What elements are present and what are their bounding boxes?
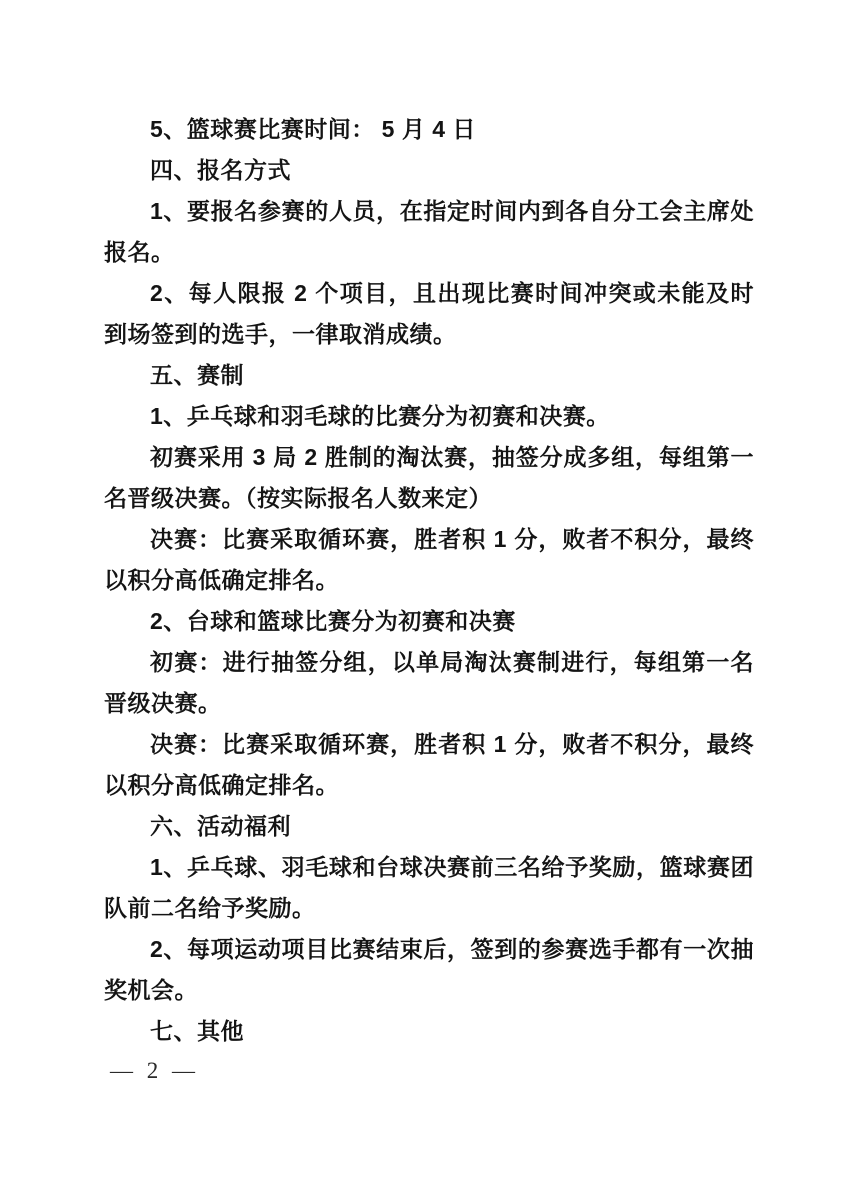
document-body: 5、篮球赛比赛时间： 5 月 4 日 四、报名方式 1、要报名参赛的人员，在指定… <box>104 109 754 1052</box>
heading-section-6-benefits: 六、活动福利 <box>104 806 754 847</box>
heading-section-4-registration: 四、报名方式 <box>104 150 754 191</box>
paragraph-format-2: 2、台球和篮球比赛分为初赛和决赛 <box>104 601 754 642</box>
paragraph-basketball-time: 5、篮球赛比赛时间： 5 月 4 日 <box>104 109 754 150</box>
paragraph-format-1: 1、乒乓球和羽毛球的比赛分为初赛和决赛。 <box>104 396 754 437</box>
paragraph-format-2-final: 决赛：比赛采取循环赛，胜者积 1 分，败者不积分，最终以积分高低确定排名。 <box>104 724 754 806</box>
page-number: — 2 — <box>110 1058 199 1084</box>
paragraph-registration-2: 2、每人限报 2 个项目，且出现比赛时间冲突或未能及时到场签到的选手，一律取消成… <box>104 273 754 355</box>
paragraph-format-2-preliminary: 初赛：进行抽签分组，以单局淘汰赛制进行，每组第一名晋级决赛。 <box>104 642 754 724</box>
heading-section-7-others: 七、其他 <box>104 1011 754 1052</box>
paragraph-benefits-1: 1、乒乓球、羽毛球和台球决赛前三名给予奖励，篮球赛团队前二名给予奖励。 <box>104 847 754 929</box>
paragraph-benefits-2: 2、每项运动项目比赛结束后，签到的参赛选手都有一次抽奖机会。 <box>104 929 754 1011</box>
heading-section-5-format: 五、赛制 <box>104 355 754 396</box>
document-page: 5、篮球赛比赛时间： 5 月 4 日 四、报名方式 1、要报名参赛的人员，在指定… <box>0 0 849 1200</box>
paragraph-format-1-preliminary: 初赛采用 3 局 2 胜制的淘汰赛，抽签分成多组，每组第一名晋级决赛。（按实际报… <box>104 437 754 519</box>
paragraph-registration-1: 1、要报名参赛的人员，在指定时间内到各自分工会主席处报名。 <box>104 191 754 273</box>
paragraph-format-1-final: 决赛：比赛采取循环赛，胜者积 1 分，败者不积分，最终以积分高低确定排名。 <box>104 519 754 601</box>
